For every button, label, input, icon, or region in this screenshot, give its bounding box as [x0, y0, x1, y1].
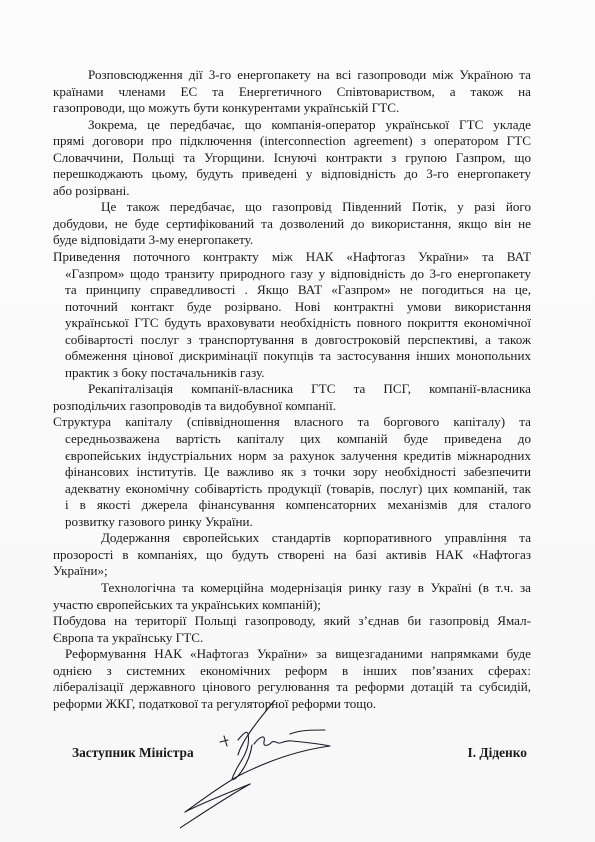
document-page: Розповсюдження дії 3-го енергопакету на … — [0, 0, 595, 842]
text-line: та принципу справедливості . Якщо ВАТ «Г… — [53, 282, 531, 299]
text-line: «Газпром» щодо транзиту природного газу … — [53, 266, 531, 283]
signatory-name: І. Діденко — [467, 745, 527, 761]
text-line: Словаччини, Польщі та Угорщини. Існуючі … — [53, 150, 531, 167]
text-line: буде відповідати 3-му енергопакету. — [53, 232, 531, 249]
text-line: середньозважена вартість капіталу цих ко… — [53, 431, 531, 448]
text-line: Рекапіталізація компанії-власника ГТС та… — [53, 381, 531, 398]
text-line: України»; — [53, 563, 531, 580]
text-line: Структура капіталу (співвідношення власн… — [53, 414, 531, 431]
text-line: однією з системних економічних реформ в … — [53, 663, 531, 680]
text-line: або розірвані. — [53, 183, 531, 200]
text-line: газопроводи, що можуть бути конкурентами… — [53, 100, 531, 117]
text-line: фінансових інститутів. Це важливо як з т… — [53, 464, 531, 481]
text-line: прозорості в компаніях, що будуть створе… — [53, 547, 531, 564]
text-line: перешкоджають цьому, будуть приведені у … — [53, 166, 531, 183]
text-line: країнами членами ЕС та Енергетичного Спі… — [53, 84, 531, 101]
text-line: поточний контакт буде розірвано. Нові ко… — [53, 299, 531, 316]
text-line: собівартості послуг з транспортування в … — [53, 332, 531, 349]
signatory-title: Заступник Міністра — [72, 745, 194, 761]
document-body: Розповсюдження дії 3-го енергопакету на … — [53, 67, 531, 712]
text-line: Побудова на території Польщі газопроводу… — [53, 613, 531, 630]
text-line: і в якості джерела фінансування компенса… — [53, 497, 531, 514]
text-line: Реформування НАК «Нафтогаз України» за в… — [53, 646, 531, 663]
text-line: Приведення поточного контракту між НАК «… — [53, 249, 531, 266]
text-line: Це також передбачає, що газопровід Півде… — [53, 199, 531, 216]
text-line: Зокрема, це передбачає, що компанія-опер… — [53, 117, 531, 134]
handwritten-signature-icon — [180, 700, 380, 830]
text-line: Технологічна та комерційна модернізація … — [53, 580, 531, 597]
text-line: участю європейських та українських компа… — [53, 597, 531, 614]
text-line: добудови, не буде сертифікований та дозв… — [53, 216, 531, 233]
text-line: практик з боку постачальників газу. — [53, 365, 531, 382]
text-line: розподільчих газопроводів та видобувної … — [53, 398, 531, 415]
signature-block: Заступник Міністра І. Діденко — [72, 745, 527, 765]
text-line: Європа та українську ГТС. — [53, 630, 531, 647]
text-line: Розповсюдження дії 3-го енергопакету на … — [53, 67, 531, 84]
text-line: лібералізації державного цінового регулю… — [53, 679, 531, 696]
text-line: прямі договори про підключення (intercon… — [53, 133, 531, 150]
text-line: європейських індустріальних норм за раху… — [53, 448, 531, 465]
text-line: розвитку газового ринку України. — [53, 514, 531, 531]
text-line: обмеження цінової дискримінації покупців… — [53, 348, 531, 365]
text-line: української ГТС будуть враховувати необх… — [53, 315, 531, 332]
text-line: адекватну економічну собівартість продук… — [53, 481, 531, 498]
text-line: Додержання європейських стандартів корпо… — [53, 530, 531, 547]
